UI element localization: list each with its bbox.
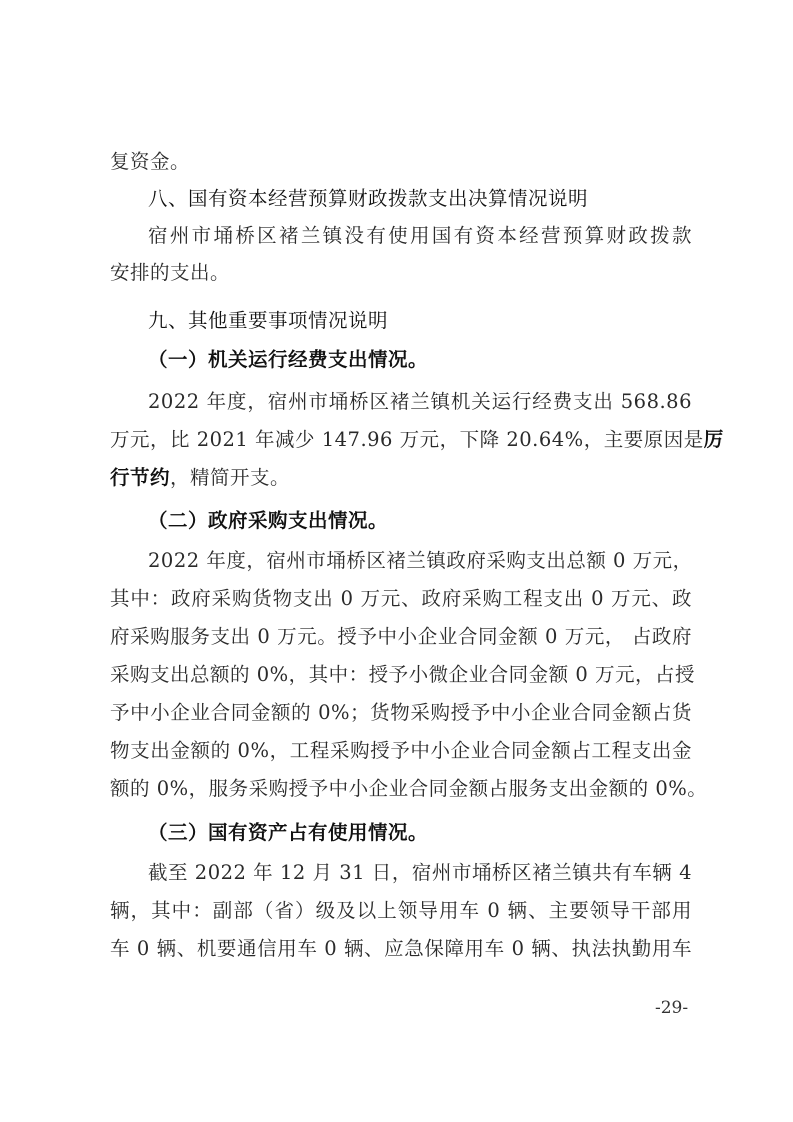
paragraph-line: 2022 年度，宿州市埇桥区褚兰镇机关运行经费支出 568.86: [148, 387, 692, 417]
bold-text-run: 行节约: [110, 466, 170, 489]
paragraph-line: 辆，其中：副部（省）级及以上领导用车 0 辆、主要领导干部用: [110, 896, 692, 926]
paragraph-line: 安排的支出。: [110, 258, 692, 288]
section-heading-9: 九、其他重要事项情况说明: [148, 306, 692, 336]
paragraph-line: 万元，比 2021 年减少 147.96 万元，下降 20.64%，主要原因是厉: [110, 425, 692, 455]
paragraph-line: 车 0 辆、机要通信用车 0 辆、应急保障用车 0 辆、执法执勤用车: [110, 934, 692, 964]
text-run: ，精简开支。: [170, 466, 290, 489]
section-heading-8: 八、国有资本经营预算财政拨款支出决算情况说明: [148, 184, 692, 214]
bold-text-run: 厉: [704, 428, 724, 451]
text-run: 万元，比 2021 年减少 147.96 万元，下降 20.64%，主要原因是: [110, 428, 704, 451]
paragraph-line: 2022 年度，宿州市埇桥区褚兰镇政府采购支出总额 0 万元，: [148, 546, 692, 576]
paragraph-line: 行节约，精简开支。: [110, 463, 692, 493]
subsection-heading-2: （二）政府采购支出情况。: [148, 506, 692, 536]
subsection-heading-3: （三）国有资产占有使用情况。: [148, 818, 692, 848]
paragraph-line: 截至 2022 年 12 月 31 日，宿州市埇桥区褚兰镇共有车辆 4: [148, 858, 692, 888]
paragraph-line: 其中：政府采购货物支出 0 万元、政府采购工程支出 0 万元、政: [110, 584, 692, 614]
paragraph-line: 额的 0%，服务采购授予中小企业合同金额占服务支出金额的 0%。: [110, 774, 692, 804]
subsection-heading-1: （一）机关运行经费支出情况。: [148, 345, 692, 375]
paragraph-line: 宿州市埇桥区褚兰镇没有使用国有资本经营预算财政拨款: [148, 221, 692, 251]
paragraph-line: 复资金。: [110, 147, 692, 177]
paragraph-line: 予中小企业合同金额的 0%；货物采购授予中小企业合同金额占货: [110, 698, 692, 728]
paragraph-line: 物支出金额的 0%，工程采购授予中小企业合同金额占工程支出金: [110, 736, 692, 766]
paragraph-line: 府采购服务支出 0 万元。授予中小企业合同金额 0 万元， 占政府: [110, 622, 692, 652]
paragraph-line: 采购支出总额的 0%，其中：授予小微企业合同金额 0 万元，占授: [110, 660, 692, 690]
page-number: -29-: [655, 998, 688, 1018]
